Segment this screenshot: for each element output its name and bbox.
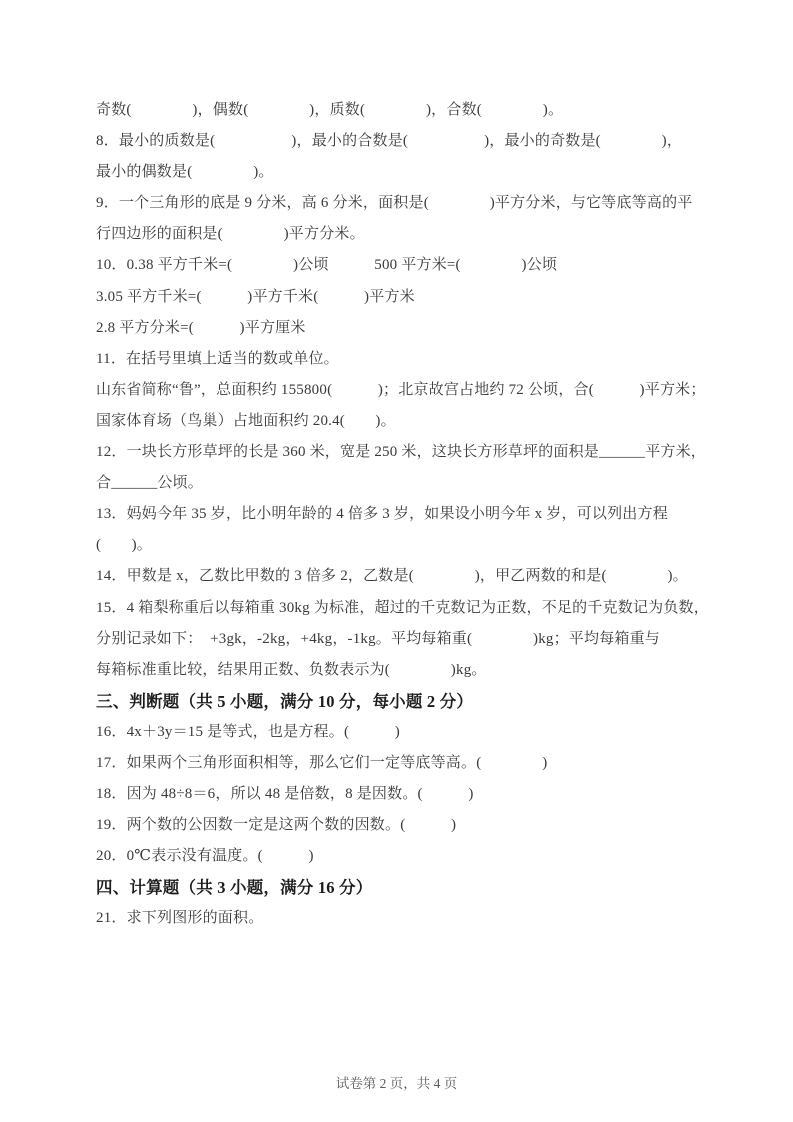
exam-page: 奇数( )，偶数( )，质数( )，合数( )。 8．最小的质数是( )，最小的… <box>0 0 793 1122</box>
question-12-cont: 合______公顷。 <box>96 468 756 499</box>
question-13-cont: ( )。 <box>96 530 756 561</box>
question-10-cont-1: 3.05 平方千米=( )平方千米( )平方米 <box>96 282 756 313</box>
question-10: 10．0.38 平方千米=( )公顷 500 平方米=( )公顷 <box>96 250 756 281</box>
question-15-cont-2: 每箱标准重比较，结果用正数、负数表示为( )kg。 <box>96 655 756 686</box>
question-10-cont-2: 2.8 平方分米=( )平方厘米 <box>96 313 756 344</box>
question-11: 11．在括号里填上适当的数或单位。 <box>96 344 756 375</box>
section-heading-judgement: 三、判断题（共 5 小题，满分 10 分，每小题 2 分） <box>96 686 756 717</box>
question-11-cont-1: 山东省简称“鲁”，总面积约 155800( )；北京故宫占地约 72 公顷，合(… <box>96 375 756 406</box>
question-12: 12．一块长方形草坪的长是 360 米，宽是 250 米，这块长方形草坪的面积是… <box>96 437 756 468</box>
question-9-cont: 行四边形的面积是( )平方分米。 <box>96 219 756 250</box>
section-heading-calculation: 四、计算题（共 3 小题，满分 16 分） <box>96 872 756 903</box>
question-9: 9．一个三角形的底是 9 分米，高 6 分米，面积是( )平方分米，与它等底等高… <box>96 188 756 219</box>
question-8-cont: 最小的偶数是( )。 <box>96 157 756 188</box>
question-11-cont-2: 国家体育场（鸟巢）占地面积约 20.4( )。 <box>96 406 756 437</box>
exam-content: 奇数( )，偶数( )，质数( )，合数( )。 8．最小的质数是( )，最小的… <box>96 95 756 935</box>
question-16: 16．4x＋3y＝15 是等式，也是方程。( ) <box>96 717 756 748</box>
text-line: 奇数( )，偶数( )，质数( )，合数( )。 <box>96 95 756 126</box>
question-13: 13．妈妈今年 35 岁，比小明年龄的 4 倍多 3 岁，如果设小明今年 x 岁… <box>96 499 756 530</box>
question-15: 15．4 箱梨称重后以每箱重 30kg 为标准，超过的千克数记为正数，不足的千克… <box>96 593 756 624</box>
question-20: 20．0℃表示没有温度。( ) <box>96 841 756 872</box>
question-15-cont-1: 分别记录如下： +3gk，-2kg，+4kg，-1kg。平均每箱重( )kg；平… <box>96 624 756 655</box>
question-17: 17．如果两个三角形面积相等，那么它们一定等底等高。( ) <box>96 748 756 779</box>
page-footer: 试卷第 2 页，共 4 页 <box>0 1072 793 1092</box>
question-14: 14．甲数是 x，乙数比甲数的 3 倍多 2，乙数是( )，甲乙两数的和是( )… <box>96 561 756 592</box>
question-19: 19．两个数的公因数一定是这两个数的因数。( ) <box>96 810 756 841</box>
question-18: 18．因为 48÷8＝6，所以 48 是倍数，8 是因数。( ) <box>96 779 756 810</box>
question-21: 21．求下列图形的面积。 <box>96 903 756 934</box>
question-8: 8．最小的质数是( )，最小的合数是( )，最小的奇数是( )， <box>96 126 756 157</box>
